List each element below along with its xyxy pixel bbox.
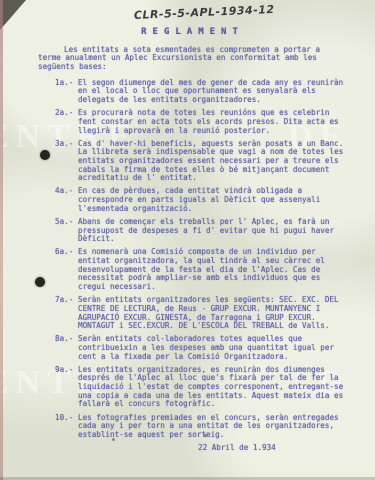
rule-text: Les entitats organitzadores, es reuniràn…: [78, 366, 347, 409]
document-date: 22 Abril de 1.934: [198, 444, 347, 453]
rule-item: 3a.- Cas d' haver-hi beneficis, aquests …: [55, 140, 347, 183]
rule-item: 2a.- Es procurarà nota de totes les reun…: [55, 109, 347, 135]
rule-number: 2a.-: [55, 109, 78, 135]
rule-text: Cas d' haver-hi beneficis, aquests seràn…: [78, 140, 347, 183]
rule-text: Es procurarà nota de totes les reunións …: [78, 109, 347, 135]
rule-item: 8a.- Seràn entitats col-laboradores tote…: [55, 335, 347, 361]
rule-text: Es nomenarà una Comisió composta de un i…: [78, 248, 347, 291]
scanned-document-page: ENTRE DE ENTR D CLR-5-5-APL-1934-12 REGL…: [0, 0, 375, 480]
scan-edge: [0, 0, 3, 480]
rule-item: 6a.- Es nomenarà una Comisió composta de…: [55, 248, 347, 291]
rule-number: 5a.-: [55, 218, 78, 244]
rule-item: 4a.- En cas de pèrdues, cada entitat vin…: [55, 187, 347, 213]
rule-item: 9a.- Les entitats organitzadores, es reu…: [55, 366, 347, 409]
rule-text: El segon diumenge del mes de gener de ca…: [78, 79, 347, 105]
rule-text: Les fotografies premiades en el concurs,…: [78, 414, 347, 440]
rule-item: 10.- Les fotografies premiades en el con…: [55, 414, 347, 440]
rule-number: 4a.-: [55, 187, 78, 213]
scan-corner-shadow: [0, 0, 26, 30]
rule-item: 7a.- Seràn entitats organitzadores les s…: [55, 296, 347, 331]
intro-paragraph: Les entitats a sota esmentades es compro…: [38, 46, 347, 72]
rule-text: En cas de pèrdues, cada entitat vindrà o…: [78, 187, 347, 213]
rule-text: Abans de començar els treballs per l' Ap…: [78, 218, 347, 244]
rule-number: 6a.-: [55, 248, 78, 291]
rule-text: Seràn entitats col-laboradores totes aqu…: [78, 335, 347, 361]
rule-text: Seràn entitats organitzadores les següen…: [78, 296, 347, 331]
rule-number: 10.-: [55, 414, 78, 440]
handwritten-reference-code: CLR-5-5-APL-1934-12: [134, 1, 347, 23]
rule-number: 7a.-: [55, 296, 78, 331]
document-title: REGLAMENT: [38, 27, 347, 37]
rule-number: 1a.-: [55, 79, 78, 105]
rule-item: 1a.- El segon diumenge del mes de gener …: [55, 79, 347, 105]
typewritten-content: CLR-5-5-APL-1934-12 REGLAMENT Les entita…: [38, 10, 347, 453]
rule-number: 8a.-: [55, 335, 78, 361]
rules-list: 1a.- El segon diumenge del mes de gener …: [38, 79, 347, 440]
rule-number: 9a.-: [55, 366, 78, 409]
rule-item: 5a.- Abans de començar els treballs per …: [55, 218, 347, 244]
rule-number: 3a.-: [55, 140, 78, 183]
